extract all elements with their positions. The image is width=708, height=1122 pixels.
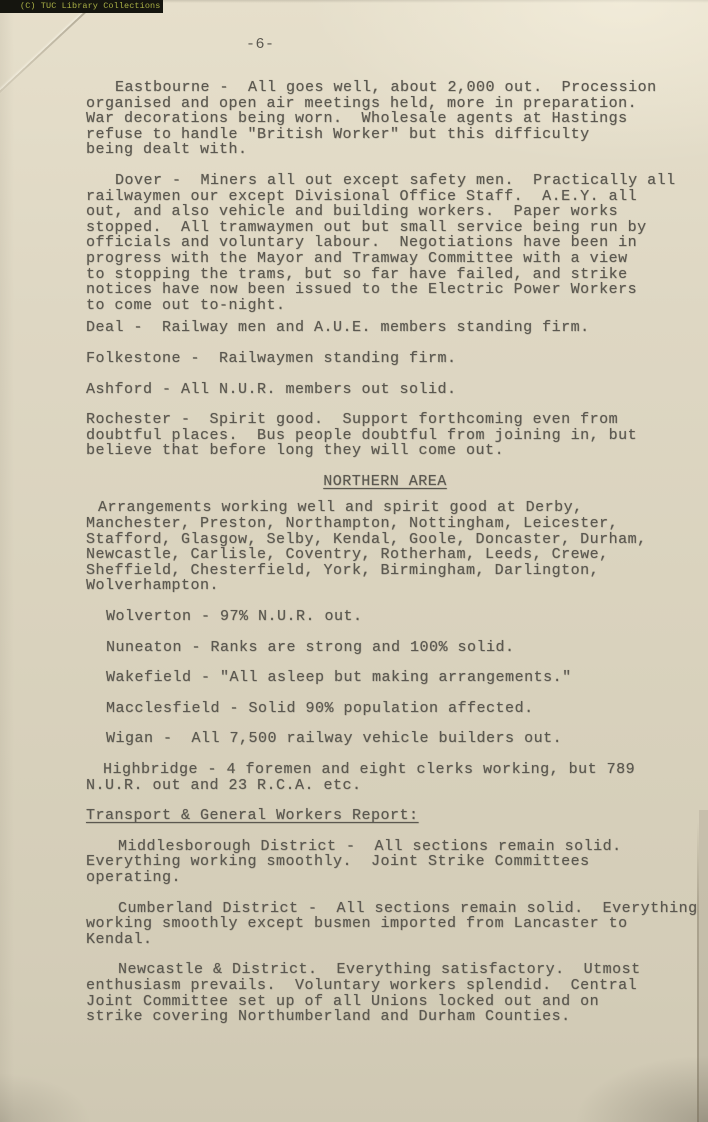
report-macclesfield: Macclesfield - Solid 90% population affe… xyxy=(86,701,704,717)
report-cumberland-district: Cumberland District - All sections remai… xyxy=(86,901,704,948)
heading-northern-area: NORTHERN AREA xyxy=(86,474,704,490)
report-deal: Deal - Railway men and A.U.E. members st… xyxy=(86,320,704,336)
report-eastbourne: Eastbourne - All goes well, about 2,000 … xyxy=(86,80,704,158)
library-watermark-bar: (C) TUC Library Collections xyxy=(0,0,163,13)
report-wigan: Wigan - All 7,500 railway vehicle builde… xyxy=(86,731,704,747)
report-dover: Dover - Miners all out except safety men… xyxy=(86,173,704,313)
report-highbridge: Highbridge - 4 foremen and eight clerks … xyxy=(86,762,704,793)
report-wakefield: Wakefield - "All asleep but making arran… xyxy=(86,670,704,686)
library-watermark-label: (C) TUC Library Collections xyxy=(20,1,160,11)
report-wolverton: Wolverton - 97% N.U.R. out. xyxy=(86,609,704,625)
report-newcastle-district: Newcastle & District. Everything satisfa… xyxy=(86,962,704,1024)
heading-transport-general-workers: Transport & General Workers Report: xyxy=(86,808,704,824)
report-middlesborough-district: Middlesborough District - All sections r… xyxy=(86,839,704,886)
report-folkestone: Folkestone - Railwaymen standing firm. xyxy=(86,351,704,367)
report-northern-arrangements: Arrangements working well and spirit goo… xyxy=(86,500,704,594)
report-ashford: Ashford - All N.U.R. members out solid. xyxy=(86,382,704,398)
page-number: -6- xyxy=(246,36,275,53)
typewritten-report: Eastbourne - All goes well, about 2,000 … xyxy=(86,80,704,1040)
report-rochester: Rochester - Spirit good. Support forthco… xyxy=(86,412,704,459)
scanned-document-page: (C) TUC Library Collections -6- Eastbour… xyxy=(0,0,708,1122)
report-nuneaton: Nuneaton - Ranks are strong and 100% sol… xyxy=(86,640,704,656)
